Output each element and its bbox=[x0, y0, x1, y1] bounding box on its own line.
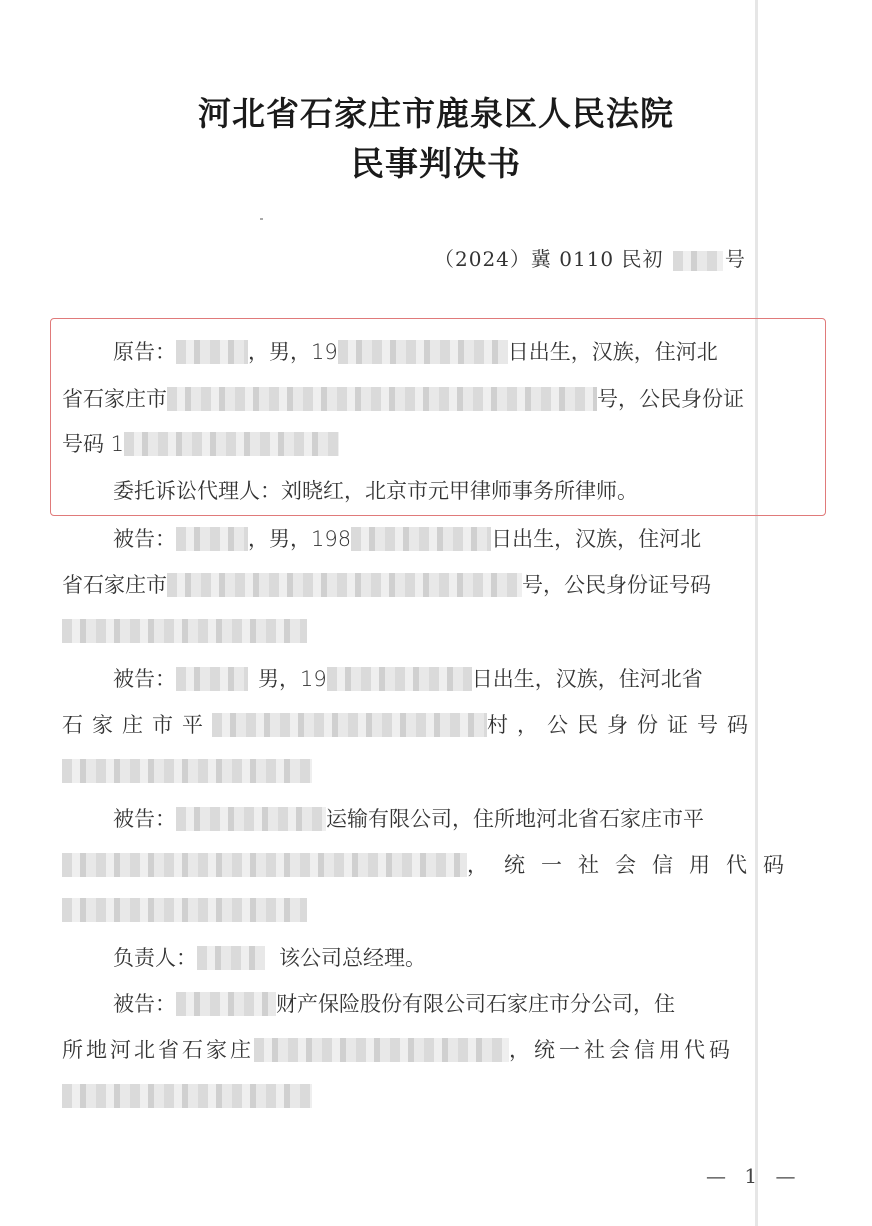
redacted-address bbox=[212, 713, 487, 737]
redacted-name bbox=[176, 340, 248, 364]
defendant-label: 被告： bbox=[113, 986, 176, 1022]
defendant-label: 被告： bbox=[113, 521, 176, 557]
redacted-address bbox=[62, 853, 467, 877]
redacted-birthdate bbox=[338, 340, 508, 364]
defendant4-company-name: 财产保险股份有限公司石家庄市分公司，住 bbox=[276, 986, 675, 1022]
redacted-credit-code bbox=[62, 1084, 312, 1108]
plaintiff-ethnicity-residence: 日出生，汉族，住河北 bbox=[508, 334, 718, 370]
redacted-name bbox=[176, 667, 248, 691]
plaintiff-line-3: 号码 1 bbox=[62, 425, 812, 461]
document-type-title: 民事判决书 bbox=[0, 138, 872, 185]
plaintiff-agent: 委托诉讼代理人：刘晓红，北京市元甲律师事务所律师。 bbox=[113, 473, 863, 509]
defendant2-id-label: 村，公民身份证号码 bbox=[487, 707, 757, 743]
manager-title: 该公司总经理。 bbox=[279, 940, 426, 976]
defendant4-address-prefix: 所地河北省石家庄 bbox=[62, 1032, 254, 1068]
defendant2-ethnicity-residence: 日出生，汉族，住河北省 bbox=[472, 661, 703, 697]
plaintiff-id-prefix: 号码 1 bbox=[62, 426, 124, 462]
redacted-company-name bbox=[176, 992, 276, 1016]
case-number-prefix: （2024）冀 0110 民初 bbox=[434, 247, 664, 271]
plaintiff-address-prefix: 省石家庄市 bbox=[62, 381, 167, 417]
defendant3-manager: 负责人：该公司总经理。 bbox=[113, 939, 863, 975]
redacted-case-number bbox=[673, 251, 723, 271]
plaintiff-line-1: 原告：，男，19日出生，汉族，住河北 bbox=[113, 333, 863, 369]
defendant2-address-prefix: 石家庄市平 bbox=[62, 707, 212, 743]
defendant3-line-1: 被告：运输有限公司，住所地河北省石家庄市平 bbox=[113, 800, 863, 836]
defendant3-credit-code-label: ，统一社会信用代码 bbox=[467, 847, 800, 883]
plaintiff-gender-birth: ，男，19 bbox=[248, 334, 338, 370]
defendant1-id-label: 号，公民身份证号码 bbox=[522, 567, 711, 603]
defendant4-line-2: 所地河北省石家庄，统一社会信用代码 bbox=[62, 1031, 812, 1067]
case-number-suffix: 号 bbox=[725, 247, 746, 271]
defendant2-line-1: 被告：男，19日出生，汉族，住河北省 bbox=[113, 660, 863, 696]
case-number: （2024）冀 0110 民初 号 bbox=[434, 243, 746, 272]
redacted-address bbox=[167, 387, 597, 411]
defendant3-company-address: 运输有限公司，住所地河北省石家庄市平 bbox=[326, 801, 704, 837]
plaintiff-line-2: 省石家庄市号，公民身份证 bbox=[62, 380, 812, 416]
plaintiff-id-label: 号，公民身份证 bbox=[597, 381, 744, 417]
court-name-title: 河北省石家庄市鹿泉区人民法院 bbox=[0, 88, 872, 135]
defendant1-address-prefix: 省石家庄市 bbox=[62, 567, 167, 603]
defendant1-line-3 bbox=[62, 612, 812, 648]
defendant-label: 被告： bbox=[113, 661, 176, 697]
defendant3-line-2: ，统一社会信用代码 bbox=[62, 846, 812, 882]
defendant2-line-2: 石家庄市平村，公民身份证号码 bbox=[62, 706, 812, 742]
redacted-company-name bbox=[176, 807, 326, 831]
defendant4-line-1: 被告：财产保险股份有限公司石家庄市分公司，住 bbox=[113, 985, 863, 1021]
redacted-birthdate bbox=[351, 527, 491, 551]
defendant1-gender-birth: ，男，198 bbox=[248, 521, 351, 557]
redacted-id-number bbox=[62, 759, 312, 783]
redacted-address bbox=[167, 573, 522, 597]
defendant4-credit-code-label: ，统一社会信用代码 bbox=[509, 1032, 734, 1068]
redacted-credit-code bbox=[62, 898, 307, 922]
defendant1-line-2: 省石家庄市号，公民身份证号码 bbox=[62, 566, 812, 602]
scan-speck bbox=[260, 218, 263, 220]
defendant3-line-3 bbox=[62, 891, 812, 927]
defendant2-line-3 bbox=[62, 752, 812, 788]
redacted-name bbox=[176, 527, 248, 551]
defendant4-line-3 bbox=[62, 1077, 812, 1113]
redacted-id-number bbox=[124, 432, 339, 456]
plaintiff-label: 原告： bbox=[113, 334, 176, 370]
defendant-label: 被告： bbox=[113, 801, 176, 837]
redacted-address bbox=[254, 1038, 509, 1062]
manager-label: 负责人： bbox=[113, 940, 197, 976]
redacted-id-number bbox=[62, 619, 307, 643]
defendant1-ethnicity-residence: 日出生，汉族，住河北 bbox=[491, 521, 701, 557]
redacted-name bbox=[197, 946, 265, 970]
defendant2-gender-birth: 男，19 bbox=[258, 661, 327, 697]
page-number: — 1 — bbox=[706, 1164, 801, 1188]
defendant1-line-1: 被告：，男，198日出生，汉族，住河北 bbox=[113, 520, 863, 556]
redacted-birthdate bbox=[327, 667, 472, 691]
